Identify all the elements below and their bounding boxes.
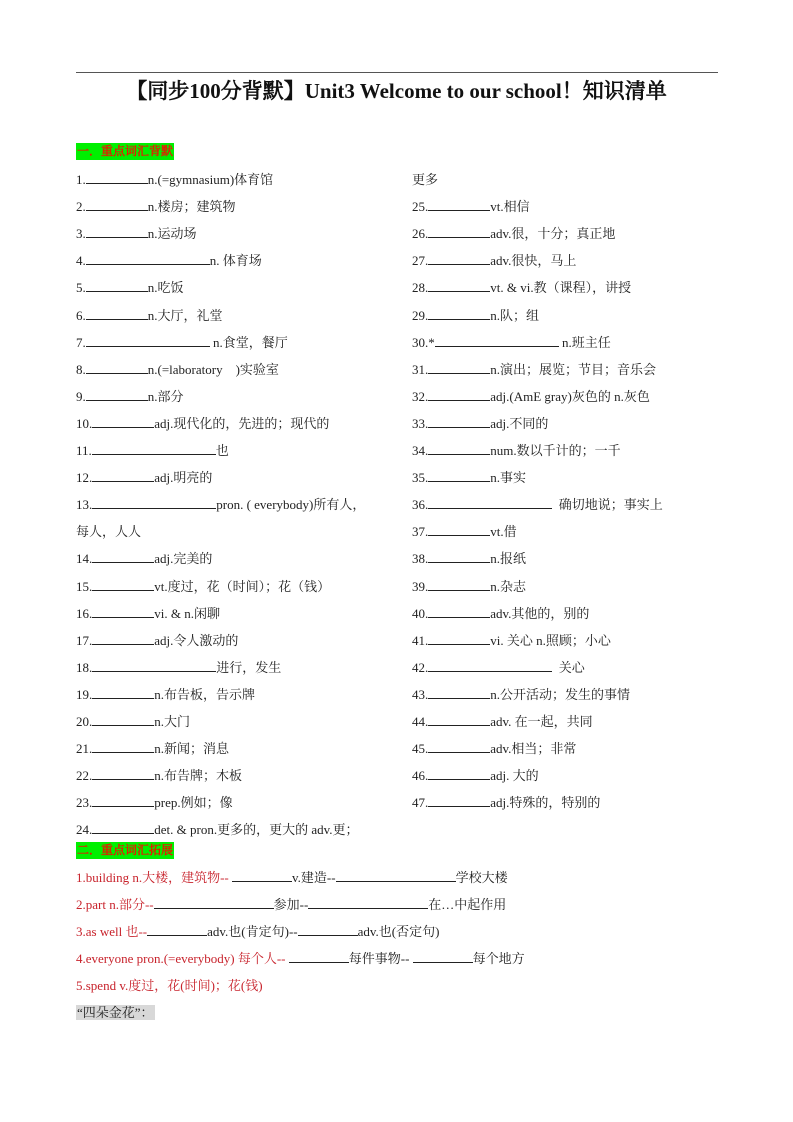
vocab-item: 47.adj.特殊的，特别的 [412,794,600,812]
expansion-item-2: 2.part n.部分--参加--在…中起作用 [76,896,506,914]
expansion-part: 每件事物-- [349,951,413,966]
blank-field[interactable] [428,686,490,699]
vocab-item: 每人，人人 [76,523,141,541]
vocab-item: 32.adj.(AmE gray)灰色的 n.灰色 [412,388,650,406]
blank-field[interactable] [428,578,490,591]
blank-field[interactable] [428,415,490,428]
item-definition: n.大门 [154,714,190,729]
item-number: 40. [412,606,428,621]
item-number: 23. [76,795,92,810]
item-definition: vt. & vi.教（课程），讲授 [490,280,631,295]
item-number: 31. [412,362,428,377]
item-definition: 也 [216,443,229,458]
four-golden-flowers-note: “四朵金花”： [76,1004,155,1022]
item-definition: n.运动场 [148,226,197,241]
blank-field[interactable] [92,632,154,645]
item-number: 4. [76,253,86,268]
item-number: 14. [76,551,92,566]
blank-field[interactable] [86,171,148,184]
item-number: 24. [76,822,92,837]
blank-field[interactable] [92,469,154,482]
item-number: 10. [76,416,92,431]
item-number: 42. [412,660,428,675]
item-definition: n.布告牌；木板 [154,768,242,783]
expansion-part: 学校大楼 [456,870,508,885]
item-number: 29. [412,308,428,323]
item-number: 25. [412,199,428,214]
vocab-item: 36. 确切地说；事实上 [412,496,663,514]
item-definition: n.部分 [148,389,184,404]
expansion-part: 在…中起作用 [428,897,506,912]
item-definition: num.数以千计的；一千 [490,443,620,458]
vocab-item: 16.vi. & n.闲聊 [76,605,220,623]
item-number: 36. [412,497,428,512]
item-number: 2. [76,199,86,214]
blank-field[interactable] [428,279,490,292]
vocab-item: 39.n.杂志 [412,578,526,596]
item-definition: n.(=gymnasium)体育馆 [148,172,273,187]
blank-field[interactable] [413,950,473,963]
item-number: 46. [412,768,428,783]
blank-field[interactable] [428,550,490,563]
item-number: 43. [412,687,428,702]
item-number: 9. [76,389,86,404]
vocab-item: 27.adv.很快，马上 [412,252,576,270]
item-definition: adj.明亮的 [154,470,212,485]
item-definition: det. & pron.更多的，更大的 adv.更； [154,822,358,837]
item-definition: n.新闻；消息 [154,741,229,756]
item-number: 27. [412,253,428,268]
blank-field[interactable] [92,550,154,563]
item-number: 44. [412,714,428,729]
item-number: 32. [412,389,428,404]
item-definition: n.公开活动；发生的事情 [490,687,630,702]
blank-field[interactable] [86,334,210,347]
expansion-lead: 4.everyone pron.(=everybody) 每个人-- [76,951,289,966]
vocab-item: 9.n.部分 [76,388,184,406]
item-number: 3. [76,226,86,241]
blank-field[interactable] [289,950,349,963]
expansion-lead: 5.spend v.度过，花(时间)；花(钱) [76,978,263,993]
expansion-lead: 2.part n.部分-- [76,897,154,912]
item-number: 30.* [412,335,435,350]
item-definition: n. 体育场 [210,253,262,268]
item-number: 15. [76,579,92,594]
item-number: 16. [76,606,92,621]
item-definition: n.布告板，告示牌 [154,687,255,702]
item-number: 17. [76,633,92,648]
blank-field[interactable] [428,198,490,211]
vocab-item: 5.n.吃饭 [76,279,184,297]
blank-field[interactable] [428,767,490,780]
vocab-item: 23.prep.例如；像 [76,794,233,812]
vocab-item: 46.adj. 大的 [412,767,539,785]
item-number: 18. [76,660,92,675]
vocab-item: 20.n.大门 [76,713,190,731]
vocab-item: 15.vt.度过，花（时间）；花（钱） [76,578,330,596]
blank-field[interactable] [92,605,154,618]
section-heading-vocab: 一．重点词汇背默 [76,143,174,160]
item-number: 21. [76,741,92,756]
vocab-item: 4.n. 体育场 [76,252,262,270]
blank-field[interactable] [92,442,216,455]
blank-field[interactable] [298,923,358,936]
item-definition: n.(=laboratory )实验室 [148,362,279,377]
item-definition: adj.不同的 [490,416,548,431]
item-number: 20. [76,714,92,729]
blank-field[interactable] [86,279,148,292]
vocab-item: 44.adv. 在一起，共同 [412,713,593,731]
vocab-item: 21.n.新闻；消息 [76,740,229,758]
vocab-item: 33.adj.不同的 [412,415,548,433]
blank-field[interactable] [86,225,148,238]
item-definition: 确切地说；事实上 [552,497,663,512]
vocab-item: 26.adv.很，十分；真正地 [412,225,615,243]
item-number: 28. [412,280,428,295]
item-number: 41. [412,633,428,648]
item-number: 38. [412,551,428,566]
item-definition: adj.完美的 [154,551,212,566]
blank-field[interactable] [92,415,154,428]
item-definition: 进行，发生 [216,660,281,675]
expansion-lead: 1.building n.大楼，建筑物-- [76,870,232,885]
vocab-item: 17.adj.令人激动的 [76,632,238,650]
blank-field[interactable] [92,496,216,509]
item-definition: n.队；组 [490,308,539,323]
vocab-item: 11.也 [76,442,229,460]
vocab-item: 10.adj.现代化的，先进的；现代的 [76,415,329,433]
expansion-part: adv.也(否定句) [358,924,440,939]
blank-field[interactable] [428,794,490,807]
page-title: 【同步100分背默】Unit3 Welcome to our school！知识… [0,76,793,106]
blank-field[interactable] [336,869,456,882]
vocab-item: 30.* n.班主任 [412,334,611,352]
vocab-item: 45.adv.相当；非常 [412,740,576,758]
blank-field[interactable] [428,632,490,645]
item-number: 33. [412,416,428,431]
vocab-item: 6.n.大厅，礼堂 [76,307,223,325]
blank-field[interactable] [92,740,154,753]
expansion-lead: 3.as well 也-- [76,924,147,939]
blank-field[interactable] [428,659,552,672]
blank-field[interactable] [92,821,154,834]
vocab-item: 更多 [412,171,438,189]
item-number: 26. [412,226,428,241]
item-definition: vi. 关心 n.照顾；小心 [490,633,611,648]
item-definition: n.报纸 [490,551,526,566]
blank-field[interactable] [428,361,490,374]
blank-field[interactable] [86,361,148,374]
vocab-item: 42. 关心 [412,659,585,677]
item-number: 12. [76,470,92,485]
item-definition: vt.借 [490,524,516,539]
vocab-item: 22.n.布告牌；木板 [76,767,242,785]
vocab-item: 40.adv.其他的，别的 [412,605,589,623]
vocab-item: 31.n.演出；展览；节目；音乐会 [412,361,656,379]
blank-field[interactable] [92,767,154,780]
blank-field[interactable] [92,713,154,726]
vocab-item: 1.n.(=gymnasium)体育馆 [76,171,273,189]
item-number: 37. [412,524,428,539]
blank-field[interactable] [435,334,559,347]
blank-field[interactable] [428,740,490,753]
item-number: 22. [76,768,92,783]
expansion-part: v.建造-- [292,870,336,885]
blank-field[interactable] [428,523,490,536]
blank-field[interactable] [428,225,490,238]
item-definition: n.食堂，餐厅 [210,335,288,350]
blank-field[interactable] [86,252,210,265]
expansion-item-5: 5.spend v.度过，花(时间)；花(钱) [76,977,263,995]
item-number: 45. [412,741,428,756]
blank-field[interactable] [86,388,148,401]
vocab-item: 3.n.运动场 [76,225,197,243]
blank-field[interactable] [308,896,428,909]
item-number: 13. [76,497,92,512]
item-definition: pron. ( everybody)所有人， [216,497,365,512]
blank-field[interactable] [86,198,148,211]
item-number: 5. [76,280,86,295]
item-number: 6. [76,308,86,323]
item-definition: adv.很快，马上 [490,253,576,268]
vocab-item: 38.n.报纸 [412,550,526,568]
note-label: “四朵金花”： [76,1005,155,1020]
vocab-item: 12.adj.明亮的 [76,469,212,487]
expansion-part: 每个地方 [473,951,525,966]
blank-field[interactable] [428,307,490,320]
vocab-item: 25.vt.相信 [412,198,530,216]
item-definition: n.班主任 [559,335,611,350]
expansion-item-3: 3.as well 也--adv.也(肯定句)--adv.也(否定句) [76,923,439,941]
item-definition: n.大厅，礼堂 [148,308,223,323]
blank-field[interactable] [92,578,154,591]
vocab-item: 37.vt.借 [412,523,517,541]
item-definition: adj.令人激动的 [154,633,238,648]
blank-field[interactable] [428,252,490,265]
vocab-item: 2.n.楼房；建筑物 [76,198,236,216]
blank-field[interactable] [428,388,490,401]
item-definition: vt.度过，花（时间）；花（钱） [154,579,330,594]
blank-field[interactable] [86,307,148,320]
item-definition: n.杂志 [490,579,526,594]
item-definition: adj.(AmE gray)灰色的 n.灰色 [490,389,650,404]
vocab-item: 35.n.事实 [412,469,526,487]
expansion-item-1: 1.building n.大楼，建筑物-- v.建造--学校大楼 [76,869,508,887]
blank-field[interactable] [92,659,216,672]
vocab-item: 14.adj.完美的 [76,550,212,568]
vocab-item: 18.进行，发生 [76,659,281,677]
item-definition: n.事实 [490,470,526,485]
vocab-item: 41.vi. 关心 n.照顾；小心 [412,632,611,650]
vocab-item: 43.n.公开活动；发生的事情 [412,686,630,704]
item-number: 8. [76,362,86,377]
blank-field[interactable] [92,794,154,807]
blank-field[interactable] [147,923,207,936]
item-definition: 每人，人人 [76,524,141,539]
blank-field[interactable] [154,896,274,909]
expansion-part: adv.也(肯定句)-- [207,924,298,939]
item-definition: 关心 [552,660,585,675]
item-definition: adv. 在一起，共同 [490,714,592,729]
item-definition: prep.例如；像 [154,795,232,810]
item-number: 19. [76,687,92,702]
item-number: 35. [412,470,428,485]
blank-field[interactable] [428,605,490,618]
vocab-item: 13.pron. ( everybody)所有人， [76,496,365,514]
vocab-item: 34.num.数以千计的；一千 [412,442,621,460]
item-definition: n.楼房；建筑物 [148,199,236,214]
blank-field[interactable] [232,869,292,882]
expansion-item-4: 4.everyone pron.(=everybody) 每个人-- 每件事物-… [76,950,525,968]
vocab-item: 29.n.队；组 [412,307,539,325]
blank-field[interactable] [428,713,490,726]
item-definition: adj.特殊的，特别的 [490,795,600,810]
item-definition: n.演出；展览；节目；音乐会 [490,362,656,377]
item-number: 7. [76,335,86,350]
blank-field[interactable] [428,469,490,482]
expansion-part: 参加-- [274,897,309,912]
item-definition: vi. & n.闲聊 [154,606,220,621]
item-definition: vt.相信 [490,199,529,214]
item-number: 47. [412,795,428,810]
vocab-item: 28.vt. & vi.教（课程），讲授 [412,279,631,297]
top-rule [76,72,718,73]
item-definition: adv.相当；非常 [490,741,576,756]
blank-field[interactable] [428,442,490,455]
item-number: 11. [76,443,92,458]
vocab-item: 24.det. & pron.更多的，更大的 adv.更； [76,821,359,839]
item-definition: n.吃饭 [148,280,184,295]
section-heading-expansion: 二．重点词汇拓展 [76,842,174,859]
item-definition: adv.其他的，别的 [490,606,589,621]
vocab-item: 7. n.食堂，餐厅 [76,334,288,352]
item-number: 34. [412,443,428,458]
item-number: 39. [412,579,428,594]
blank-field[interactable] [92,686,154,699]
item-definition: adj. 大的 [490,768,538,783]
item-definition: adj.现代化的，先进的；现代的 [154,416,329,431]
blank-field[interactable] [428,496,552,509]
item-definition: adv.很，十分；真正地 [490,226,615,241]
vocab-item: 8.n.(=laboratory )实验室 [76,361,279,379]
item-number: 1. [76,172,86,187]
vocab-item: 19.n.布告板，告示牌 [76,686,255,704]
item-definition: 更多 [412,172,438,187]
